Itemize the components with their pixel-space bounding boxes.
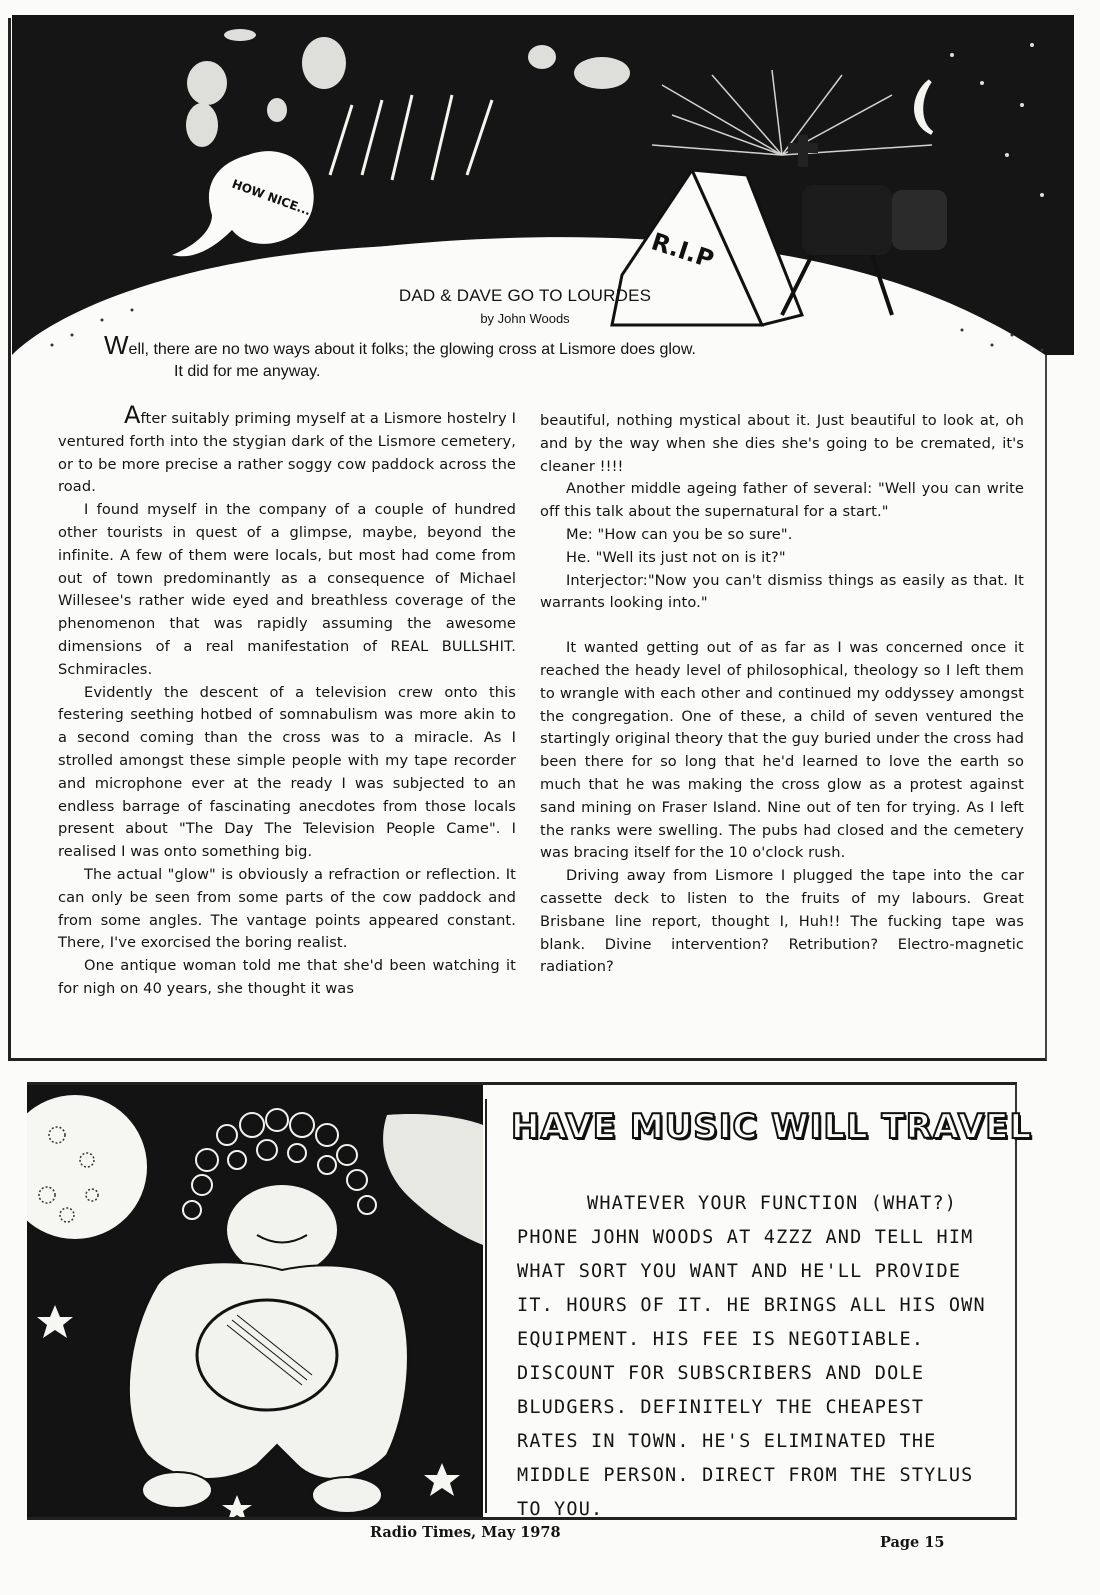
article-intro: Well, there are no two ways about it fol…	[104, 334, 934, 383]
paragraph: The actual "glow" is obviously a refract…	[58, 864, 516, 955]
footer-page-number: Page 15	[880, 1534, 945, 1551]
intro-dropcap: W	[104, 330, 129, 360]
lyre-player-illustration	[27, 1085, 483, 1517]
advert-body-first: Whatever your function (what?)	[517, 1193, 957, 1214]
paragraph: Driving away from Lismore I plugged the …	[540, 865, 1024, 979]
article-left-column: After suitably priming myself at a Lismo…	[58, 404, 516, 1001]
paragraph: Another middle ageing father of several:…	[540, 478, 1024, 524]
paragraph: After suitably priming myself at a Lismo…	[58, 404, 516, 499]
paragraph: One antique woman told me that she'd bee…	[58, 955, 516, 1001]
advert-text-panel: HAVE MUSIC WILL TRAVEL Whatever your fun…	[485, 1099, 1013, 1513]
advert-headline: HAVE MUSIC WILL TRAVEL	[511, 1107, 1032, 1147]
footer-publication: Radio Times, May 1978	[370, 1524, 561, 1541]
intro-line-1: ell, there are no two ways about it folk…	[129, 341, 696, 358]
article-title: DAD & DAVE GO TO LOURDES	[0, 286, 1050, 306]
paragraph: He. "Well its just not on is it?"	[540, 547, 1024, 570]
paragraph: I found myself in the company of a coupl…	[58, 499, 516, 681]
lyre-player-svg	[27, 1085, 483, 1517]
music-advert-box: HAVE MUSIC WILL TRAVEL Whatever your fun…	[27, 1082, 1017, 1520]
paragraph: It wanted getting out of as far as I was…	[540, 637, 1024, 865]
paragraph: Interjector:"Now you can't dismiss thing…	[540, 570, 1024, 616]
paragraph: beautiful, nothing mystical about it. Ju…	[540, 410, 1024, 478]
paragraph: Evidently the descent of a television cr…	[58, 682, 516, 864]
paragraph-dropcap: A	[124, 401, 141, 429]
article-byline: by John Woods	[0, 311, 1050, 326]
paragraph: Me: "How can you be so sure".	[540, 524, 1024, 547]
article-right-column: beautiful, nothing mystical about it. Ju…	[540, 410, 1024, 979]
intro-line-2: It did for me anyway.	[104, 361, 934, 383]
advert-body-rest: phone John Woods at 4ZZZ and tell him wh…	[517, 1227, 986, 1520]
advert-body: Whatever your function (what?) phone Joh…	[517, 1187, 987, 1527]
